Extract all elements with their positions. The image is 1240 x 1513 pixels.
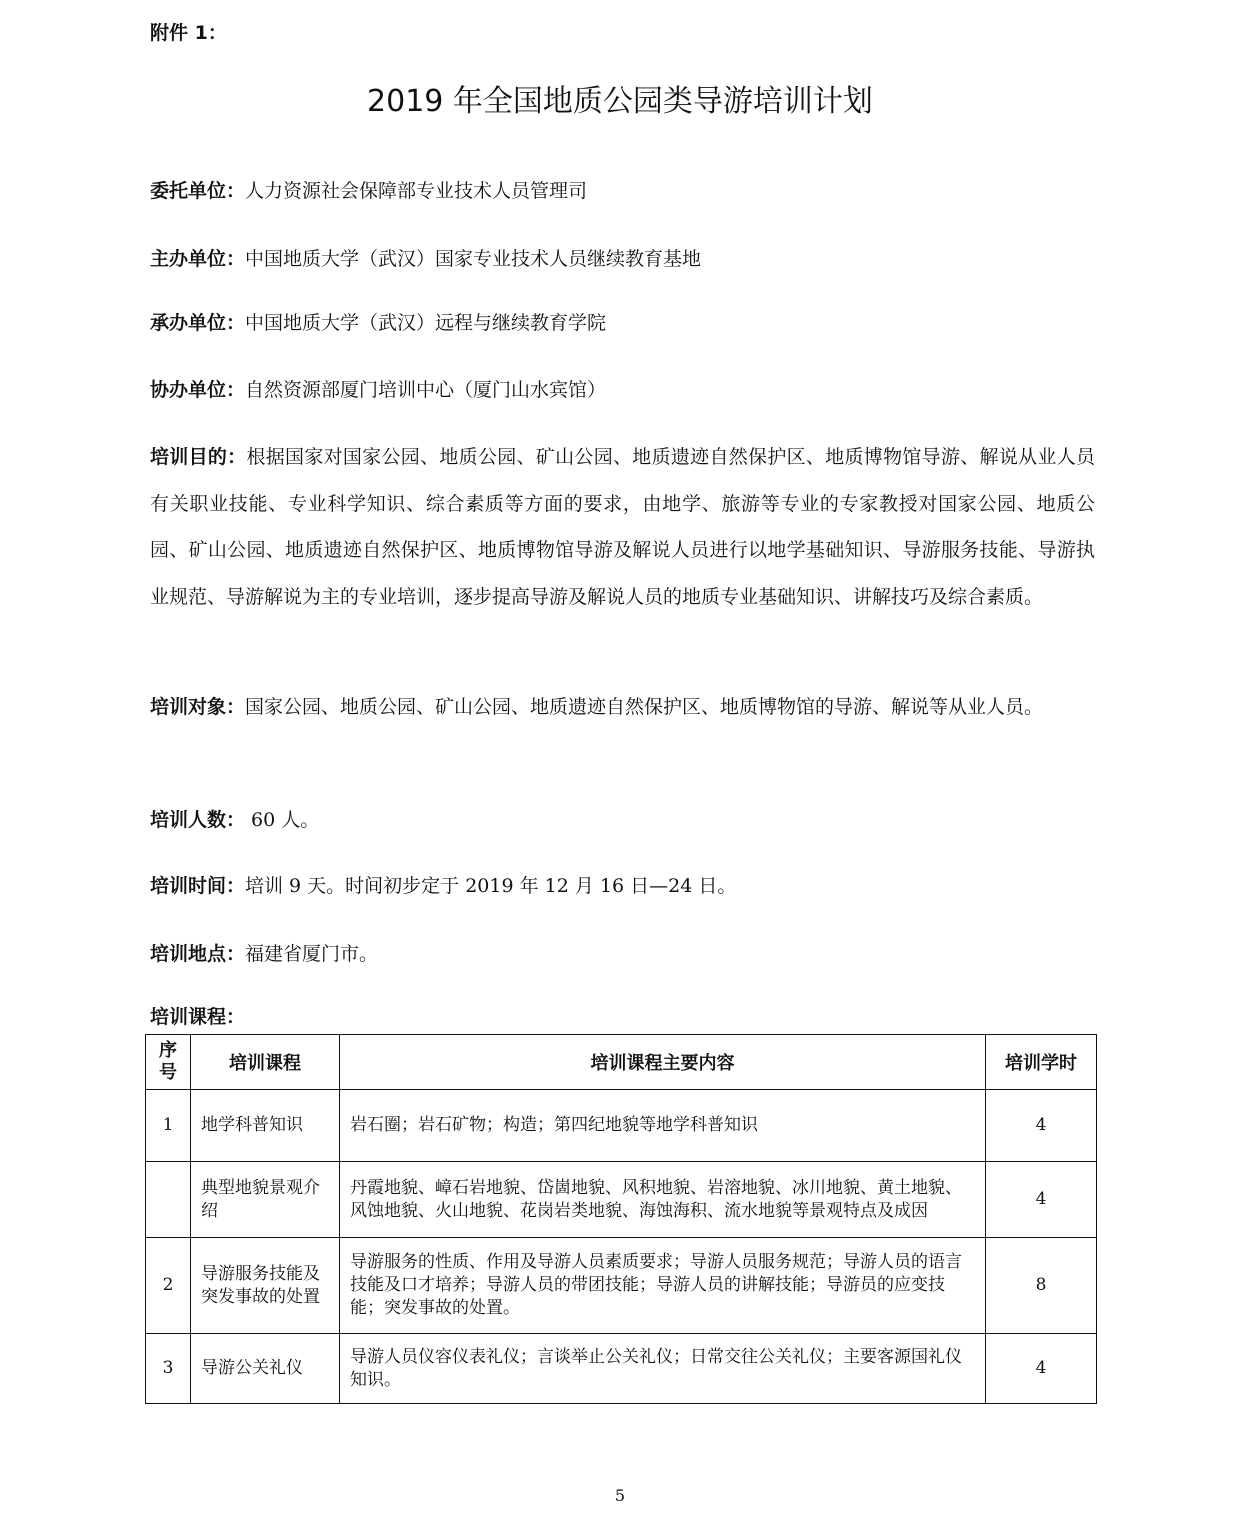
table-row: 2 导游服务技能及突发事故的处置 导游服务的性质、作用及导游人员素质要求；导游人… [146,1238,1097,1334]
field-label: 承办单位： [150,312,245,334]
cell-content: 导游服务的性质、作用及导游人员素质要求；导游人员服务规范；导游人员的语言技能及口… [340,1238,986,1334]
cell-no [146,1162,191,1238]
cell-hours: 8 [986,1238,1097,1334]
field-entrusting-unit: 委托单位：人力资源社会保障部专业技术人员管理司 [150,168,1095,214]
cell-hours: 4 [986,1334,1097,1404]
field-value: 根据国家对国家公园、地质公园、矿山公园、地质遗迹自然保护区、地质博物馆导游、解说… [150,446,1095,608]
cell-course: 典型地貌景观介绍 [191,1162,340,1238]
page-number: 5 [0,1486,1240,1505]
header-hours: 培训学时 [986,1035,1097,1090]
field-label: 培训目的： [150,446,246,468]
field-value: 人力资源社会保障部专业技术人员管理司 [245,180,587,202]
field-time: 培训时间：培训 9 天。时间初步定于 2019 年 12 月 16 日—24 日… [150,863,1095,909]
table-row: 1 地学科普知识 岩石圈；岩石矿物；构造；第四纪地貌等地学科普知识 4 [146,1090,1097,1162]
field-organizer-unit: 承办单位：中国地质大学（武汉）远程与继续教育学院 [150,300,1095,346]
field-audience: 培训对象：国家公园、地质公园、矿山公园、地质遗迹自然保护区、地质博物馆的导游、解… [150,684,1095,731]
header-course: 培训课程 [191,1035,340,1090]
field-value: 自然资源部厦门培训中心（厦门山水宾馆） [245,379,606,401]
header-content: 培训课程主要内容 [340,1035,986,1090]
field-location: 培训地点：福建省厦门市。 [150,931,1095,977]
field-label: 培训时间： [150,875,245,897]
field-value: 中国地质大学（武汉）国家专业技术人员继续教育基地 [245,248,701,270]
field-value: 60 人。 [245,809,319,831]
field-headcount: 培训人数： 60 人。 [150,797,1095,843]
table-row: 典型地貌景观介绍 丹霞地貌、嶂石岩地貌、岱崮地貌、风积地貌、岩溶地貌、冰川地貌、… [146,1162,1097,1238]
field-label: 培训人数： [150,809,245,831]
field-label: 培训地点： [150,943,245,965]
table-header-row: 序号 培训课程 培训课程主要内容 培训学时 [146,1035,1097,1090]
header-no: 序号 [146,1035,191,1090]
field-label: 培训对象： [150,696,245,718]
cell-hours: 4 [986,1090,1097,1162]
cell-course: 导游服务技能及突发事故的处置 [191,1238,340,1334]
field-label: 培训课程： [150,1006,245,1028]
cell-content: 丹霞地貌、嶂石岩地貌、岱崮地貌、风积地貌、岩溶地貌、冰川地貌、黄土地貌、风蚀地貌… [340,1162,986,1238]
cell-no: 1 [146,1090,191,1162]
course-table: 序号 培训课程 培训课程主要内容 培训学时 1 地学科普知识 岩石圈；岩石矿物；… [145,1034,1097,1404]
field-co-organizer-unit: 协办单位：自然资源部厦门培训中心（厦门山水宾馆） [150,367,1095,413]
field-label: 主办单位： [150,248,245,270]
field-purpose: 培训目的：根据国家对国家公园、地质公园、矿山公园、地质遗迹自然保护区、地质博物馆… [150,434,1095,620]
field-host-unit: 主办单位：中国地质大学（武汉）国家专业技术人员继续教育基地 [150,236,1095,282]
field-value: 中国地质大学（武汉）远程与继续教育学院 [245,312,606,334]
field-value: 培训 9 天。时间初步定于 2019 年 12 月 16 日—24 日。 [245,875,736,897]
field-value: 福建省厦门市。 [245,943,378,965]
document-title: 2019 年全国地质公园类导游培训计划 [0,76,1240,120]
field-value: 国家公园、地质公园、矿山公园、地质遗迹自然保护区、地质博物馆的导游、解说等从业人… [245,696,1043,718]
cell-course: 导游公关礼仪 [191,1334,340,1404]
cell-content: 导游人员仪容仪表礼仪；言谈举止公关礼仪；日常交往公关礼仪；主要客源国礼仪知识。 [340,1334,986,1404]
attachment-label: 附件 1： [150,18,227,45]
field-label: 委托单位： [150,180,245,202]
table-row: 3 导游公关礼仪 导游人员仪容仪表礼仪；言谈举止公关礼仪；日常交往公关礼仪；主要… [146,1334,1097,1404]
cell-content: 岩石圈；岩石矿物；构造；第四纪地貌等地学科普知识 [340,1090,986,1162]
field-label: 协办单位： [150,379,245,401]
cell-course: 地学科普知识 [191,1090,340,1162]
cell-no: 3 [146,1334,191,1404]
cell-no: 2 [146,1238,191,1334]
cell-hours: 4 [986,1162,1097,1238]
